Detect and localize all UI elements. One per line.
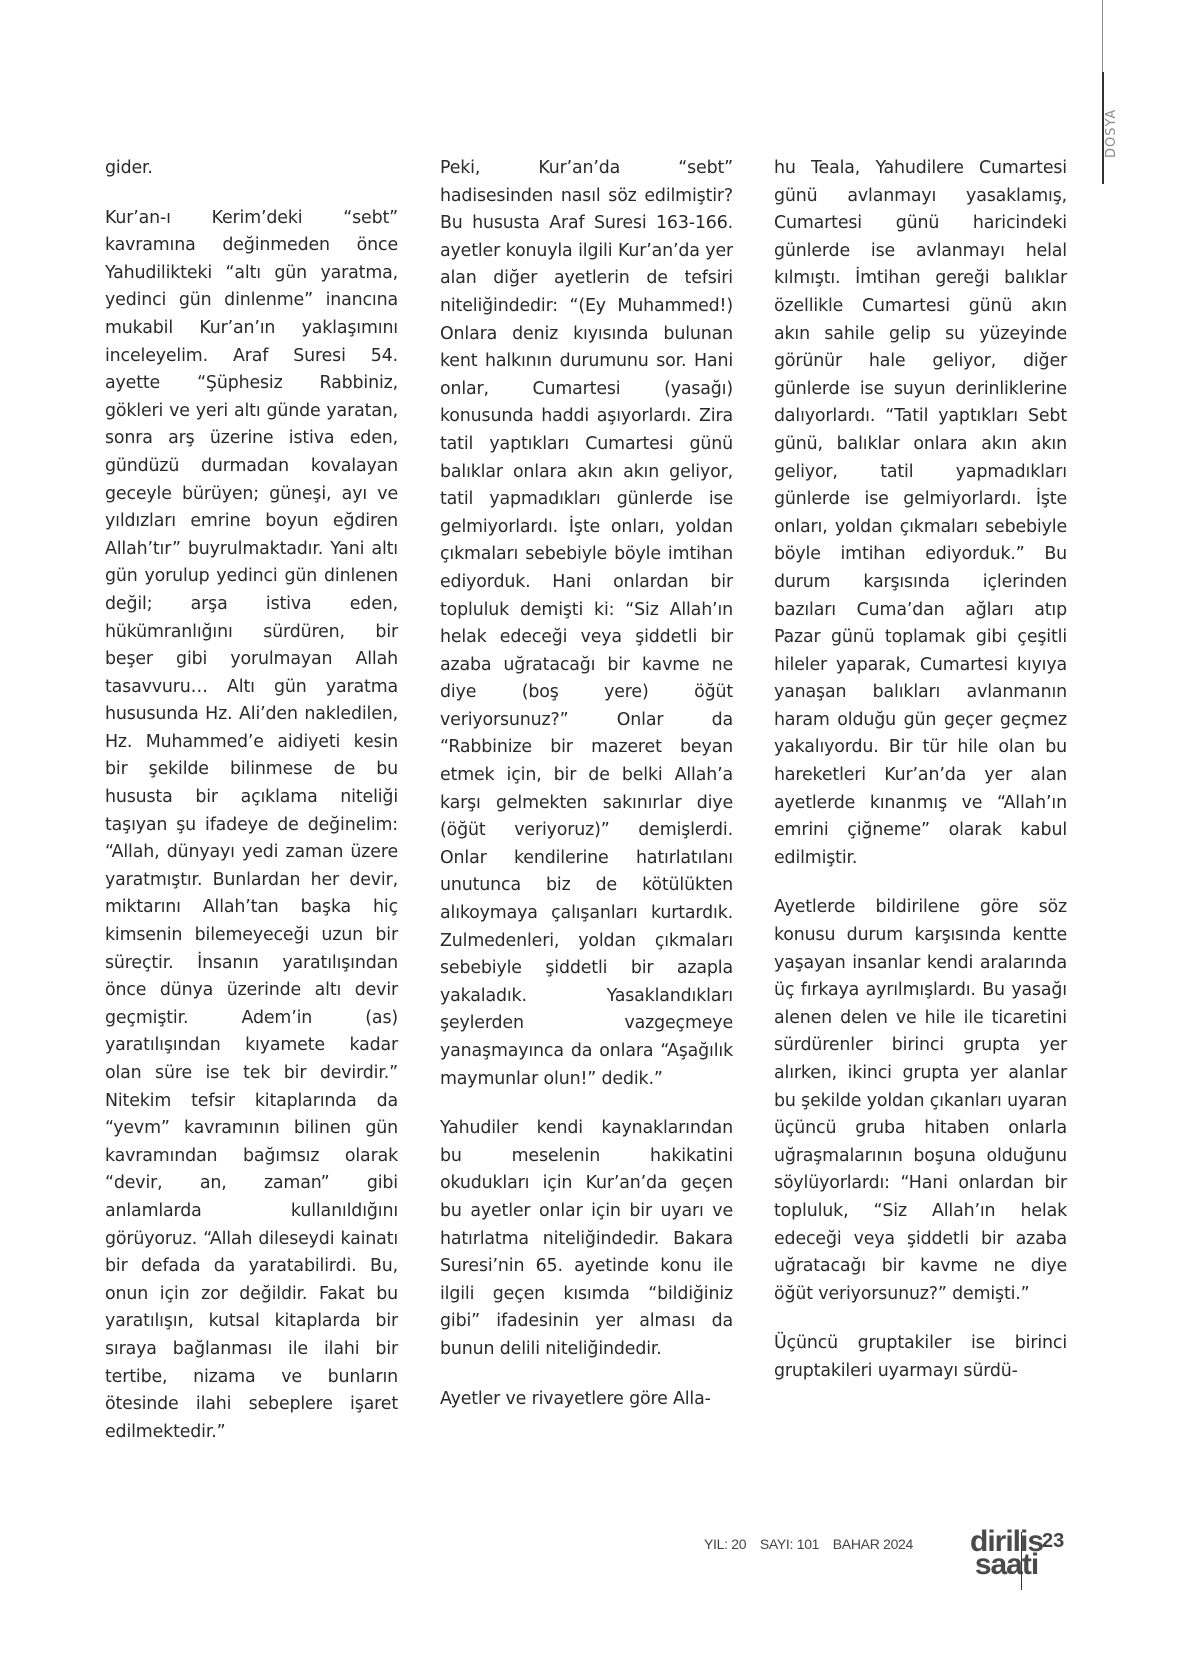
logo-line-2: saati — [970, 1553, 1043, 1576]
issue-year: YIL: 20 — [704, 1536, 746, 1552]
paragraph: Üçüncü gruptakiler ise birinci gruptakil… — [774, 1330, 1067, 1385]
issue-info: YIL: 20 SAYI: 101 BAHAR 2024 — [704, 1536, 923, 1552]
paragraph: Ayetler ve rivayetlere göre Alla- — [440, 1386, 733, 1414]
issue-number: SAYI: 101 — [760, 1536, 819, 1552]
text-column-3: hu Teala, Yahudilere Cumartesi günü avla… — [774, 155, 1067, 1386]
page-number: 23 — [1042, 1530, 1064, 1553]
issue-season: BAHAR 2024 — [833, 1536, 913, 1552]
magazine-logo: dirilis saati — [970, 1530, 1043, 1576]
paragraph: Peki, Kur’an’da “sebt” hadisesinden nası… — [440, 155, 733, 1093]
text-column-1: gider. Kur’an-ı Kerim’deki “sebt” kavram… — [105, 155, 398, 1446]
text-column-2: Peki, Kur’an’da “sebt” hadisesinden nası… — [440, 155, 733, 1413]
footer-divider — [1021, 1532, 1022, 1590]
paragraph: Ayetlerde bildirilene göre söz konusu du… — [774, 894, 1067, 1308]
masthead-rule-light — [1102, 0, 1103, 72]
paragraph: Yahudiler kendi kaynaklarından bu mesele… — [440, 1115, 733, 1363]
paragraph: gider. — [105, 155, 398, 183]
paragraph: Kur’an-ı Kerim’deki “sebt” kavramına değ… — [105, 205, 398, 1447]
paragraph: hu Teala, Yahudilere Cumartesi günü avla… — [774, 155, 1067, 872]
section-label: DOSYA — [1104, 109, 1119, 158]
